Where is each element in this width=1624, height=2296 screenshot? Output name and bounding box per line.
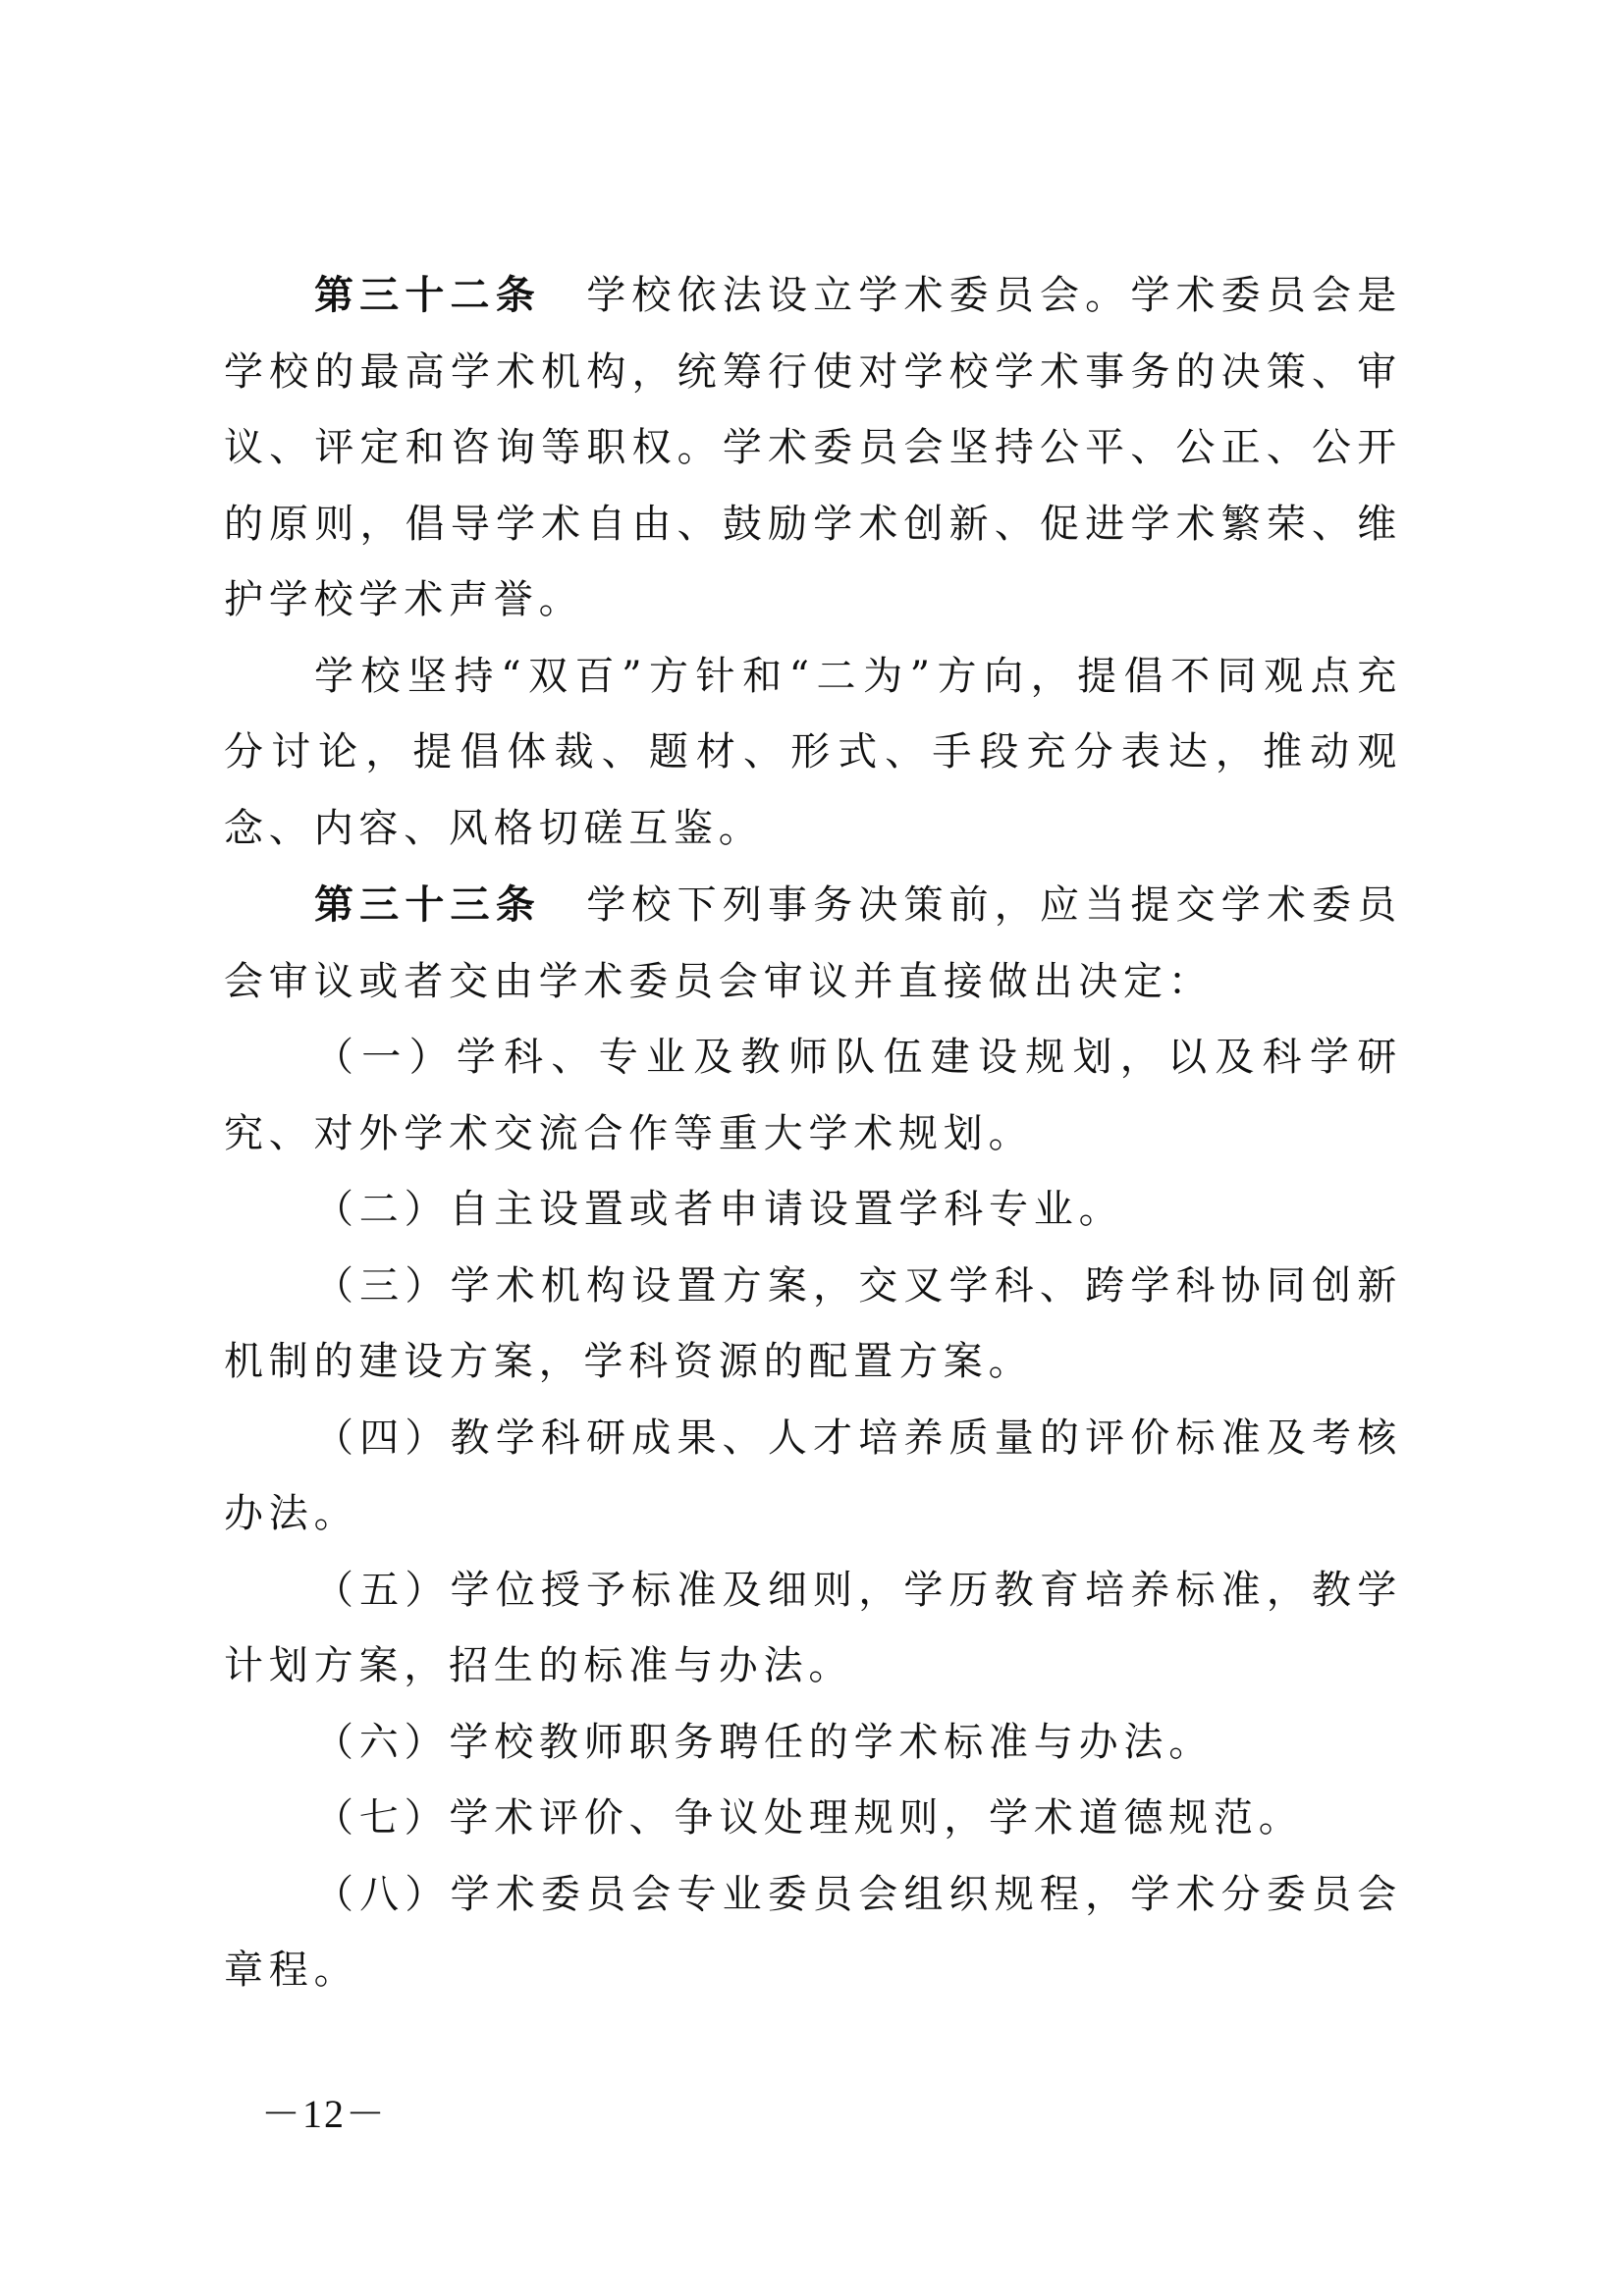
list-item-text: （一）学科、专业及教师队伍建设规划，以及科学研究、对外学术交流合作等重大学术规划… xyxy=(224,1035,1402,1156)
list-item-7: （七）学术评价、争议处理规则，学术道德规范。 xyxy=(224,1781,1402,1857)
article-33-paragraph: 第三十三条学校下列事务决策前，应当提交学术委员会审议或者交由学术委员会审议并直接… xyxy=(224,867,1402,1020)
article-32-heading: 第三十二条 xyxy=(314,272,541,318)
article-32-text: 学校依法设立学术委员会。学术委员会是学校的最高学术机构，统筹行使对学校学术事务的… xyxy=(224,273,1402,622)
list-item-8: （八）学术委员会专业委员会组织规程，学术分委员会章程。 xyxy=(224,1857,1402,2009)
list-item-4: （四）教学科研成果、人才培养质量的评价标准及考核办法。 xyxy=(224,1401,1402,1553)
list-item-3: （三）学术机构设置方案，交叉学科、跨学科协同创新机制的建设方案，学科资源的配置方… xyxy=(224,1249,1402,1401)
list-item-1: （一）学科、专业及教师队伍建设规划，以及科学研究、对外学术交流合作等重大学术规划… xyxy=(224,1020,1402,1172)
list-item-text: （三）学术机构设置方案，交叉学科、跨学科协同创新机制的建设方案，学科资源的配置方… xyxy=(224,1263,1402,1385)
list-item-6: （六）学校教师职务聘任的学术标准与办法。 xyxy=(224,1705,1402,1782)
page-number: －12－ xyxy=(261,2083,387,2139)
list-item-2: （二）自主设置或者申请设置学科专业。 xyxy=(224,1172,1402,1249)
document-page: 第三十二条学校依法设立学术委员会。学术委员会是学校的最高学术机构，统筹行使对学校… xyxy=(0,0,1624,2296)
list-item-text: （六）学校教师职务聘任的学术标准与办法。 xyxy=(314,1720,1214,1765)
list-item-text: （五）学位授予标准及细则，学历教育培养标准，教学计划方案，招生的标准与办法。 xyxy=(224,1568,1402,1689)
list-item-text: （四）教学科研成果、人才培养质量的评价标准及考核办法。 xyxy=(224,1415,1402,1537)
article-33-heading: 第三十三条 xyxy=(314,881,541,928)
principle-text: 学校坚持“双百”方针和“二为”方向，提倡不同观点充分讨论，提倡体裁、题材、形式、… xyxy=(224,654,1402,851)
list-item-text: （八）学术委员会专业委员会组织规程，学术分委员会章程。 xyxy=(224,1872,1402,1994)
article-32-paragraph: 第三十二条学校依法设立学术委员会。学术委员会是学校的最高学术机构，统筹行使对学校… xyxy=(224,257,1402,639)
list-item-text: （二）自主设置或者申请设置学科专业。 xyxy=(314,1187,1123,1232)
list-item-5: （五）学位授予标准及细则，学历教育培养标准，教学计划方案，招生的标准与办法。 xyxy=(224,1553,1402,1705)
principle-paragraph: 学校坚持“双百”方针和“二为”方向，提倡不同观点充分讨论，提倡体裁、题材、形式、… xyxy=(224,639,1402,868)
document-body: 第三十二条学校依法设立学术委员会。学术委员会是学校的最高学术机构，统筹行使对学校… xyxy=(224,257,1402,2009)
list-item-text: （七）学术评价、争议处理规则，学术道德规范。 xyxy=(314,1795,1304,1841)
